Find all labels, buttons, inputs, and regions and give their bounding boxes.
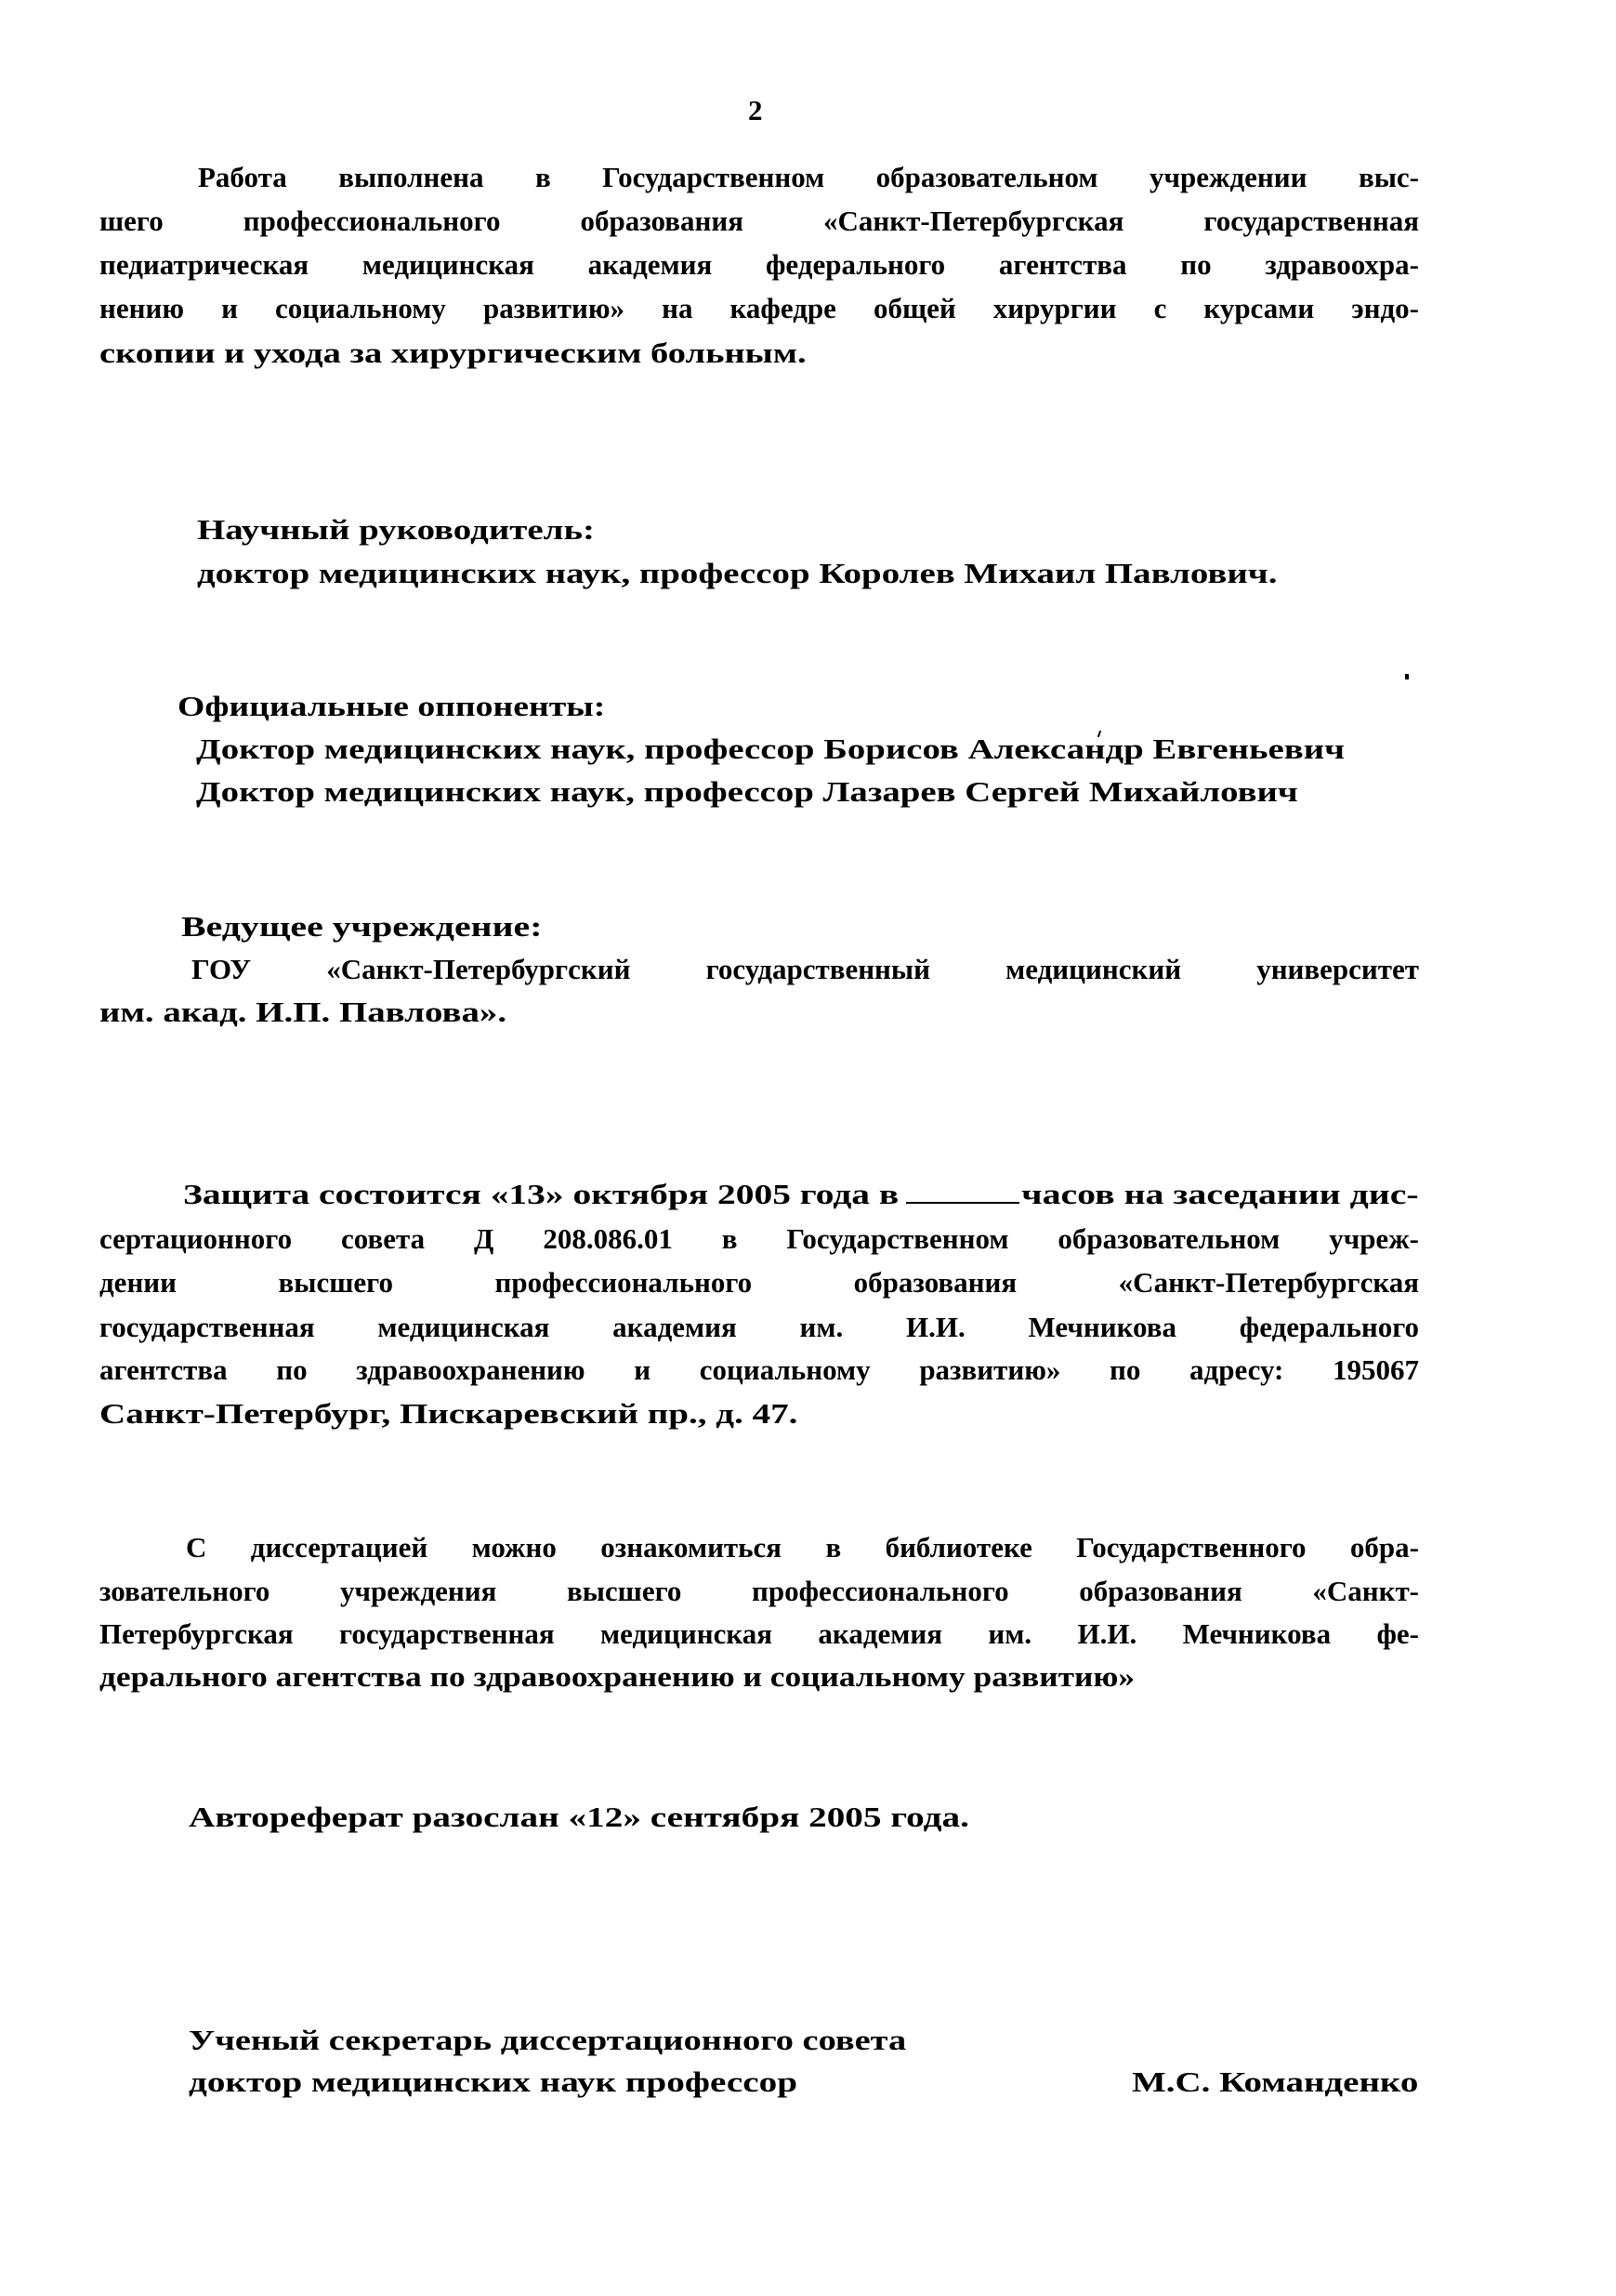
page-number: 2: [748, 95, 763, 126]
paragraph-line: дении высшего профессионального образова…: [99, 1267, 1419, 1299]
defense-first-line: Защита состоится «13» октября 2005 года …: [183, 1179, 1419, 1210]
supervisor-name: доктор медицинских наук, профессор Корол…: [197, 558, 1277, 589]
paragraph-line: нению и социальному развитию» на кафедре…: [99, 293, 1419, 324]
supervisor-heading: Научный руководитель:: [197, 514, 595, 546]
leading-institution-line: ГОУ «Санкт-Петербургский государственный…: [191, 954, 1419, 985]
paragraph-line: Работа выполнена в Государственном образ…: [198, 162, 1419, 193]
defense-text-after-blank: часов на заседании дис-: [1021, 1179, 1419, 1210]
document-page: 2 Работа выполнена в Государственном обр…: [0, 0, 1616, 2296]
paragraph-line: Петербургская государственная медицинска…: [99, 1618, 1419, 1650]
paragraph-line: государственная медицинская академия им.…: [99, 1312, 1419, 1343]
paragraph-line: педиатрическая медицинская академия феде…: [99, 249, 1419, 281]
paragraph-line: зовательного учреждения высшего професси…: [99, 1576, 1419, 1607]
paragraph-line: С диссертацией можно ознакомиться в библ…: [186, 1532, 1419, 1564]
distribution-date: Автореферат разослан «12» сентября 2005 …: [189, 1801, 969, 1833]
paragraph-line: сертационного совета Д 208.086.01 в Госу…: [99, 1223, 1419, 1255]
paragraph-line: Санкт-Петербург, Пискаревский пр., д. 47…: [99, 1398, 797, 1430]
signature-title: доктор медицинских наук профессор: [189, 2066, 797, 2098]
defense-text-before-blank: Защита состоится «13» октября 2005 года …: [183, 1179, 899, 1210]
paragraph-line: дерального агентства по здравоохранению …: [99, 1661, 1135, 1693]
opponent-entry: Доктор медицинских наук, профессор Борис…: [196, 733, 1345, 765]
signatory-name: М.С. Команденко: [1132, 2066, 1418, 2098]
scan-speck: [1405, 674, 1409, 680]
time-blank-field: [906, 1201, 1019, 1204]
leading-institution-line: им. акад. И.П. Павлова».: [99, 996, 506, 1028]
paragraph-line: агентства по здравоохранению и социально…: [99, 1354, 1419, 1386]
opponent-entry: Доктор медицинских наук, профессор Лазар…: [196, 776, 1298, 808]
leading-institution-heading: Ведущее учреждение:: [181, 911, 542, 943]
opponents-heading: Официальные оппоненты:: [177, 691, 605, 722]
paragraph-line: шего профессионального образования «Санк…: [99, 205, 1419, 237]
paragraph-line: скопии и ухода за хирургическим больным.: [99, 337, 807, 369]
signature-title: Ученый секретарь диссертационного совета: [189, 2025, 906, 2056]
